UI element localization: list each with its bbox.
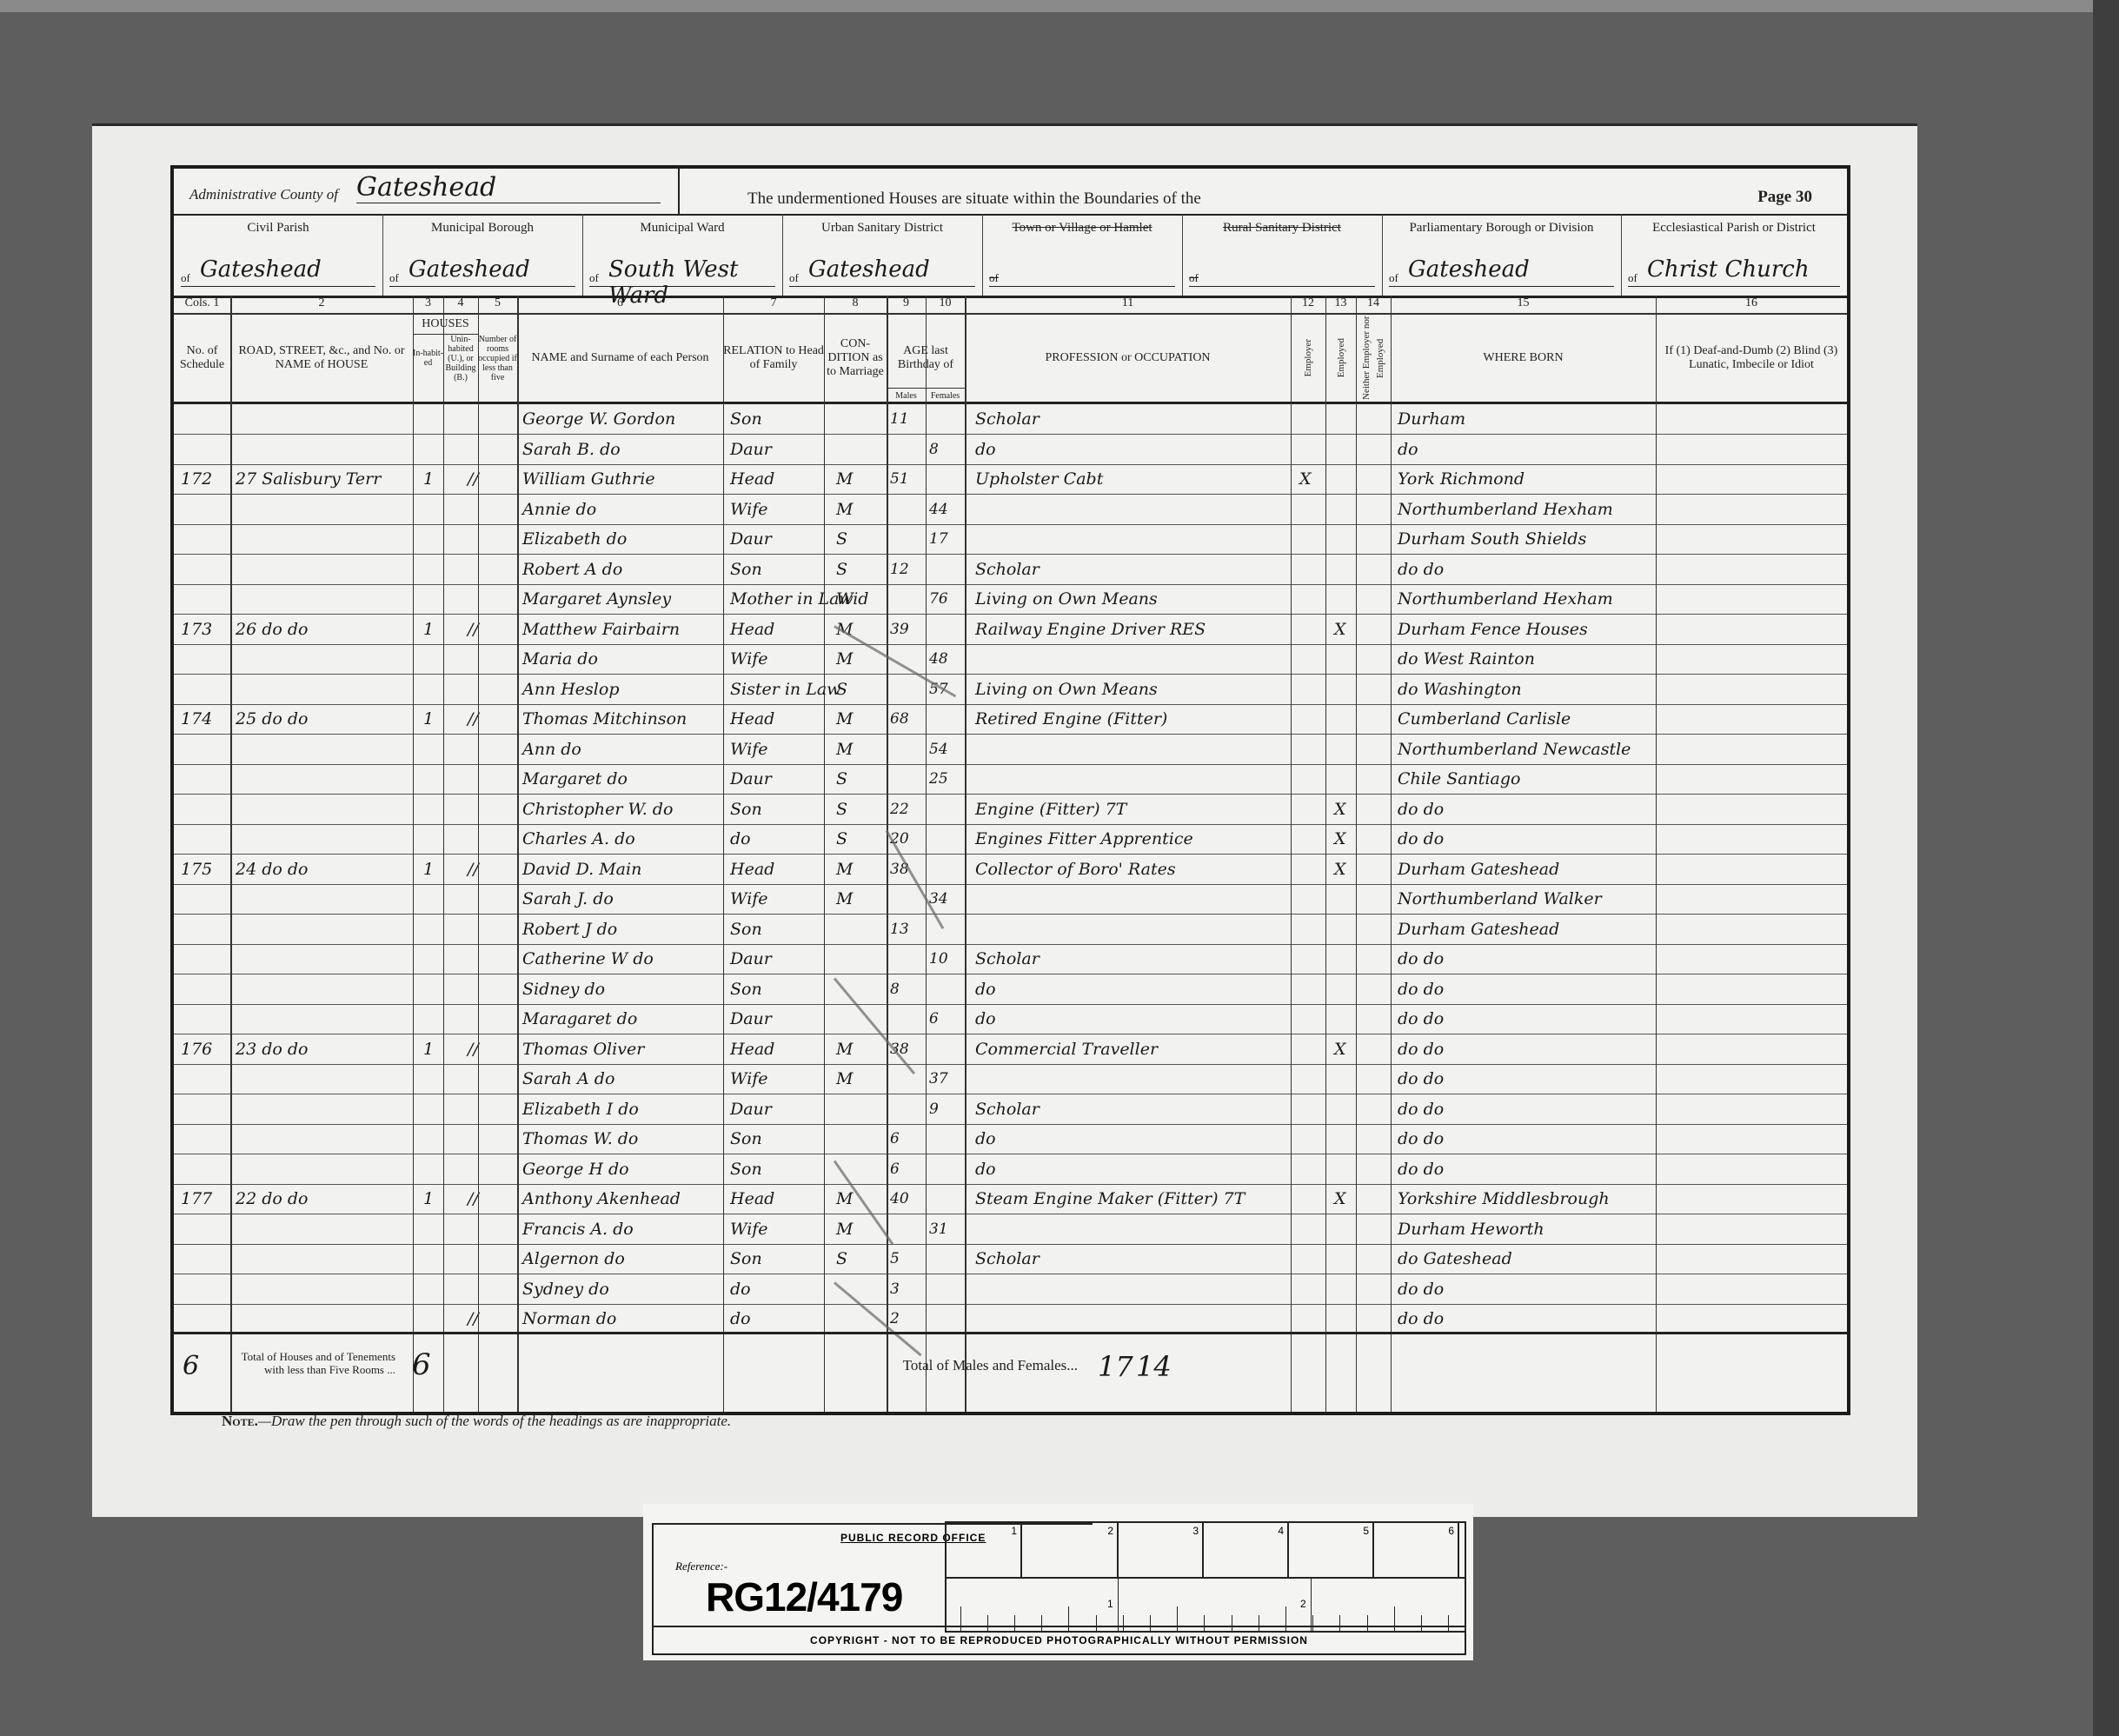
employed-header: Employed bbox=[1325, 315, 1356, 402]
male-age: 5 bbox=[890, 1244, 900, 1274]
area-label: Civil Parish bbox=[174, 221, 382, 236]
marital-condition: S bbox=[836, 764, 847, 794]
person-name: Ann do bbox=[522, 735, 581, 764]
birthplace: do Washington bbox=[1398, 675, 1522, 704]
birthplace: do do bbox=[1398, 1304, 1444, 1334]
female-age: 44 bbox=[929, 495, 948, 524]
occupation: Collector of Boro' Rates bbox=[975, 855, 1176, 884]
birthplace: Northumberland Hexham bbox=[1398, 584, 1613, 614]
birthplace: do do bbox=[1398, 1004, 1444, 1034]
houses-header: HOUSES bbox=[413, 315, 478, 335]
area-town-or-village-or-hamlet: Town or Village or Hamletof bbox=[982, 214, 1183, 296]
birthplace: do do bbox=[1398, 1034, 1444, 1064]
occupation: Scholar bbox=[975, 944, 1040, 974]
relation-to-head: Head bbox=[730, 615, 774, 644]
birthplace: Yorkshire Middlesbrough bbox=[1398, 1184, 1610, 1214]
inhabited-count: 1 bbox=[423, 704, 434, 734]
male-age: 3 bbox=[890, 1274, 900, 1304]
marital-condition: M bbox=[836, 704, 853, 734]
birthplace: do bbox=[1398, 435, 1418, 464]
area-value: Gateshead bbox=[789, 256, 975, 287]
ruler-inch-label: 1 bbox=[1107, 1598, 1113, 1610]
note-text: —Draw the pen through such of the words … bbox=[258, 1413, 731, 1429]
table-row: Francis A. doWifeM31Durham Heworth bbox=[174, 1214, 1847, 1245]
relation-to-head: do bbox=[730, 1304, 751, 1334]
birthplace: do Gateshead bbox=[1398, 1244, 1512, 1274]
table-row: Sydney dodo3do do bbox=[174, 1274, 1847, 1305]
employed-mark: X bbox=[1334, 855, 1346, 884]
ruler-cm-mark: 4 bbox=[1202, 1523, 1289, 1577]
marital-condition: M bbox=[836, 1214, 853, 1244]
birthplace: do West Rainton bbox=[1398, 644, 1535, 674]
female-age: 10 bbox=[929, 944, 948, 974]
column-rule bbox=[887, 296, 888, 1412]
person-name: Elizabeth I do bbox=[522, 1094, 639, 1124]
occupation: do bbox=[975, 1004, 996, 1034]
female-age: 8 bbox=[929, 435, 939, 464]
ruler-inch-label: 2 bbox=[1300, 1598, 1306, 1610]
occupation: Upholster Cabt bbox=[975, 464, 1103, 494]
occupation: Scholar bbox=[975, 1244, 1040, 1274]
marital-condition: M bbox=[836, 644, 853, 674]
column-number: 6 bbox=[517, 296, 723, 310]
males-total: 17 bbox=[1098, 1352, 1133, 1381]
occupation: Scholar bbox=[975, 404, 1040, 434]
table-row: //Norman dodo2do do bbox=[174, 1304, 1847, 1334]
male-age: 6 bbox=[890, 1154, 900, 1184]
note-prefix: Note. bbox=[222, 1413, 258, 1429]
column-header-row: No. of ScheduleROAD, STREET, &c., and No… bbox=[174, 315, 1847, 404]
area-label: Municipal Borough bbox=[382, 221, 582, 236]
birthplace: do do bbox=[1398, 555, 1444, 584]
birthplace: Durham Gateshead bbox=[1398, 915, 1559, 944]
column-number: 11 bbox=[965, 296, 1291, 310]
relation-to-head: do bbox=[730, 824, 751, 854]
person-name: Maragaret do bbox=[522, 1004, 637, 1034]
area-civil-parish: Civil ParishofGateshead bbox=[174, 214, 383, 296]
occupation-header: PROFESSION or OCCUPATION bbox=[965, 315, 1291, 402]
page-number: Page 30 bbox=[1757, 188, 1812, 207]
person-name: Sarah J. do bbox=[522, 884, 614, 914]
table-row: Ann doWifeM54Northumberland Newcastle bbox=[174, 735, 1847, 765]
marital-condition: S bbox=[836, 824, 847, 854]
person-name: George H do bbox=[522, 1154, 629, 1184]
reference-number: RG12/4179 bbox=[706, 1573, 902, 1620]
totals-row: 6 Total of Houses and of Tenements with … bbox=[174, 1332, 1847, 1414]
person-name: David D. Main bbox=[522, 855, 641, 884]
area-value bbox=[1189, 256, 1375, 287]
male-age: 6 bbox=[890, 1124, 900, 1154]
name-header: NAME and Surname of each Person bbox=[517, 315, 723, 402]
houses-total: 6 bbox=[412, 1350, 431, 1380]
person-name: Thomas W. do bbox=[522, 1124, 638, 1154]
employer-header: Employer bbox=[1291, 315, 1325, 402]
schedule-number: 174 bbox=[181, 704, 212, 734]
schedule-total: 6 bbox=[183, 1352, 199, 1381]
column-rule bbox=[1356, 296, 1357, 1412]
table-row: Elizabeth doDaurS17Durham South Shields bbox=[174, 524, 1847, 555]
area-boundaries-row: Civil ParishofGatesheadMunicipal Borough… bbox=[174, 214, 1847, 298]
person-name: Anthony Akenhead bbox=[522, 1184, 681, 1214]
marital-condition: M bbox=[836, 495, 853, 524]
birthplace: do do bbox=[1398, 1094, 1444, 1124]
male-age: 38 bbox=[890, 855, 909, 884]
marital-condition: M bbox=[836, 1184, 853, 1214]
inhabited-count: 1 bbox=[423, 464, 434, 494]
household-separator: // bbox=[468, 1034, 479, 1064]
birthplace: Durham South Shields bbox=[1398, 524, 1586, 554]
relation-to-head: Daur bbox=[730, 764, 772, 794]
table-row: 17425 do do1//Thomas MitchinsonHeadM68Re… bbox=[174, 704, 1847, 735]
person-name: Maria do bbox=[522, 644, 598, 674]
area-value: Gateshead bbox=[389, 256, 575, 287]
birthplace: Northumberland Walker bbox=[1398, 884, 1602, 914]
area-ecclesiastical-parish-or-district: Ecclesiastical Parish or DistrictofChris… bbox=[1621, 214, 1847, 296]
person-name: Sydney do bbox=[522, 1274, 609, 1304]
occupation: Engine (Fitter) 7T bbox=[975, 795, 1126, 824]
relation-to-head: Son bbox=[730, 915, 762, 944]
table-row: 17326 do do1//Matthew FairbairnHeadM39Ra… bbox=[174, 615, 1847, 645]
inhabited-count: 1 bbox=[423, 1184, 434, 1214]
inhabited-count: 1 bbox=[423, 1034, 434, 1064]
occupation: Retired Engine (Fitter) bbox=[975, 704, 1167, 734]
marital-condition: M bbox=[836, 464, 853, 494]
ruler-cm-mark: 1 bbox=[947, 1523, 1022, 1577]
column-number: 7 bbox=[723, 296, 824, 310]
person-name: Christopher W. do bbox=[522, 795, 673, 824]
ruler-cm-mark: 3 bbox=[1117, 1523, 1204, 1577]
table-row: Robert J doSon13Durham Gateshead bbox=[174, 915, 1847, 945]
female-age: 31 bbox=[929, 1214, 948, 1244]
person-name: Margaret Aynsley bbox=[522, 584, 671, 614]
table-row: Annie doWifeM44Northumberland Hexham bbox=[174, 495, 1847, 525]
reference-label: Reference:- bbox=[675, 1560, 727, 1573]
column-rule bbox=[1291, 296, 1292, 1412]
column-rule bbox=[478, 296, 479, 1412]
person-name: Thomas Mitchinson bbox=[522, 704, 687, 734]
male-age: 40 bbox=[890, 1184, 909, 1214]
table-row: Sarah J. doWifeM34Northumberland Walker bbox=[174, 884, 1847, 915]
person-name: Algernon do bbox=[522, 1244, 625, 1274]
column-rule bbox=[1391, 296, 1392, 1412]
table-row: Maria doWifeM48do West Rainton bbox=[174, 644, 1847, 675]
column-rule bbox=[517, 296, 519, 1412]
marital-condition: S bbox=[836, 524, 847, 554]
birthplace: Durham bbox=[1398, 404, 1465, 434]
marital-condition: S bbox=[836, 675, 847, 704]
female-age: 48 bbox=[929, 644, 948, 674]
table-row: George H doSon6dodo do bbox=[174, 1154, 1847, 1185]
column-rule bbox=[1325, 296, 1326, 1412]
person-name: Charles A. do bbox=[522, 824, 635, 854]
birthplace: Northumberland Newcastle bbox=[1398, 735, 1631, 764]
household-separator: // bbox=[468, 464, 479, 494]
occupation: do bbox=[975, 974, 996, 1004]
females-subheader: Females bbox=[926, 388, 965, 402]
person-name: Sarah A do bbox=[522, 1064, 614, 1094]
birthplace: Northumberland Hexham bbox=[1398, 495, 1613, 524]
male-age: 51 bbox=[890, 464, 909, 494]
employed-mark: X bbox=[1334, 824, 1346, 854]
column-rule bbox=[926, 296, 927, 1412]
column-rule bbox=[413, 296, 414, 1412]
birthplace: Chile Santiago bbox=[1398, 764, 1520, 794]
marital-condition: M bbox=[836, 1034, 853, 1064]
scan-right-edge bbox=[2093, 0, 2119, 1736]
area-value: Christ Church bbox=[1628, 256, 1840, 287]
area-value: Gateshead bbox=[1389, 256, 1614, 287]
road-address: 25 do do bbox=[236, 704, 308, 734]
person-name: Ann Heslop bbox=[522, 675, 619, 704]
area-value: Gateshead bbox=[181, 256, 375, 287]
infirmity-header: If (1) Deaf-and-Dumb (2) Blind (3) Lunat… bbox=[1656, 315, 1847, 402]
birthplace: do do bbox=[1398, 795, 1444, 824]
table-row: Sarah B. doDaur8dodo bbox=[174, 435, 1847, 465]
ruler-cm-mark: 6 bbox=[1372, 1523, 1459, 1577]
reference-slip: PUBLIC RECORD OFFICE Reference:- RG12/41… bbox=[643, 1504, 1473, 1660]
occupation: Living on Own Means bbox=[975, 584, 1158, 614]
relation-to-head: Son bbox=[730, 1124, 762, 1154]
table-row: 17524 do do1//David D. MainHeadM38Collec… bbox=[174, 855, 1847, 885]
person-name: George W. Gordon bbox=[522, 404, 675, 434]
female-age: 9 bbox=[929, 1094, 939, 1124]
area-label: Urban Sanitary District bbox=[782, 221, 982, 236]
person-name: Francis A. do bbox=[522, 1214, 634, 1244]
household-separator: // bbox=[468, 855, 479, 884]
relation-to-head: Son bbox=[730, 1244, 762, 1274]
scan-top-edge bbox=[0, 0, 2119, 12]
column-rule bbox=[824, 296, 825, 1412]
area-label: Parliamentary Borough or Division bbox=[1382, 221, 1621, 236]
relation-to-head: Head bbox=[730, 855, 774, 884]
occupation: do bbox=[975, 1124, 996, 1154]
relation-header: RELATION to Head of Family bbox=[723, 315, 824, 402]
column-rule bbox=[965, 296, 967, 1412]
birthplace: do do bbox=[1398, 1154, 1444, 1184]
table-row: Algernon doSonS5Scholardo Gateshead bbox=[174, 1244, 1847, 1274]
birthplace: do do bbox=[1398, 974, 1444, 1004]
marital-condition: Wid bbox=[836, 584, 868, 614]
column-number: 3 bbox=[413, 296, 443, 310]
occupation: Engines Fitter Apprentice bbox=[975, 824, 1193, 854]
area-rural-sanitary-district: Rural Sanitary Districtof bbox=[1182, 214, 1383, 296]
marital-condition: M bbox=[836, 735, 853, 764]
form-header-top: Administrative County of Gateshead The u… bbox=[174, 169, 1847, 216]
household-separator: // bbox=[468, 1184, 479, 1214]
table-row: 17722 do do1//Anthony AkenheadHeadM40Ste… bbox=[174, 1184, 1847, 1214]
relation-to-head: Mother in Law bbox=[730, 584, 854, 614]
household-separator: // bbox=[468, 704, 479, 734]
road-address: 23 do do bbox=[236, 1034, 308, 1064]
condition-header: CON-DITION as to Marriage bbox=[824, 315, 887, 402]
relation-to-head: Head bbox=[730, 1184, 774, 1214]
inhabited-count: 1 bbox=[423, 855, 434, 884]
relation-to-head: Head bbox=[730, 464, 774, 494]
area-urban-sanitary-district: Urban Sanitary DistrictofGateshead bbox=[782, 214, 983, 296]
scale-ruler: 123456 12 bbox=[945, 1521, 1466, 1633]
relation-to-head: Daur bbox=[730, 1004, 772, 1034]
road-address: 24 do do bbox=[236, 855, 308, 884]
column-number: 13 bbox=[1325, 296, 1356, 310]
road-address: 27 Salisbury Terr bbox=[236, 464, 381, 494]
male-age: 39 bbox=[890, 615, 909, 644]
area-label: Ecclesiastical Parish or District bbox=[1621, 221, 1847, 236]
column-number-row: Cols. 12345678910111213141516 bbox=[174, 296, 1847, 315]
area-label: Municipal Ward bbox=[582, 221, 782, 236]
relation-to-head: do bbox=[730, 1274, 751, 1304]
administrative-county-label: Administrative County of bbox=[189, 186, 338, 203]
birthplace: do do bbox=[1398, 1124, 1444, 1154]
males-females-total-label: Total of Males and Females... bbox=[695, 1359, 1078, 1372]
ruler-inch-mark bbox=[1118, 1577, 1119, 1631]
column-number: 8 bbox=[824, 296, 887, 310]
area-label: Rural Sanitary District bbox=[1182, 221, 1382, 236]
table-row: 17623 do do1//Thomas OliverHeadM38Commer… bbox=[174, 1034, 1847, 1065]
males-subheader: Males bbox=[887, 388, 926, 402]
female-age: 76 bbox=[929, 584, 948, 614]
schedule-number: 173 bbox=[181, 615, 212, 644]
marital-condition: M bbox=[836, 884, 853, 914]
birthplace: Durham Heworth bbox=[1398, 1214, 1544, 1244]
marital-condition: S bbox=[836, 795, 847, 824]
column-rule bbox=[230, 296, 232, 1412]
column-number: 14 bbox=[1356, 296, 1391, 310]
relation-to-head: Son bbox=[730, 404, 762, 434]
occupation: Scholar bbox=[975, 1094, 1040, 1124]
person-name: Sarah B. do bbox=[522, 435, 621, 464]
ruler-inch-mark bbox=[1311, 1577, 1312, 1631]
table-row: Ann HeslopSister in LawS57Living on Own … bbox=[174, 675, 1847, 705]
male-age: 8 bbox=[890, 974, 900, 1004]
table-row: Charles A. dodoS20Engines Fitter Apprent… bbox=[174, 824, 1847, 855]
table-row: George W. GordonSon11ScholarDurham bbox=[174, 404, 1847, 435]
relation-to-head: Wife bbox=[730, 495, 768, 524]
neither-header: Neither Employer nor Employed bbox=[1356, 315, 1391, 402]
schedule-number: 177 bbox=[181, 1184, 212, 1214]
ruler-cm-mark: 5 bbox=[1287, 1523, 1374, 1577]
occupation: Steam Engine Maker (Fitter) 7T bbox=[975, 1184, 1245, 1214]
marital-condition: M bbox=[836, 1064, 853, 1094]
household-separator: // bbox=[468, 1304, 479, 1334]
female-age: 25 bbox=[929, 764, 948, 794]
person-name: Robert J do bbox=[522, 915, 617, 944]
occupation: Railway Engine Driver RES bbox=[975, 615, 1206, 644]
schedule-number: 176 bbox=[181, 1034, 212, 1064]
occupation: do bbox=[975, 435, 996, 464]
column-rule bbox=[1656, 296, 1657, 1412]
person-name: Margaret do bbox=[522, 764, 628, 794]
female-age: 54 bbox=[929, 735, 948, 764]
birthplace: do do bbox=[1398, 944, 1444, 974]
table-row: Christopher W. doSonS22Engine (Fitter) 7… bbox=[174, 795, 1847, 825]
female-age: 6 bbox=[929, 1004, 939, 1034]
relation-to-head: Wife bbox=[730, 644, 768, 674]
person-name: Sidney do bbox=[522, 974, 605, 1004]
table-row: Sarah A doWifeM37do do bbox=[174, 1064, 1847, 1094]
male-age: 11 bbox=[890, 404, 909, 434]
relation-to-head: Daur bbox=[730, 944, 772, 974]
inhabited-count: 1 bbox=[423, 615, 434, 644]
occupation: Commercial Traveller bbox=[975, 1034, 1158, 1064]
female-age: 37 bbox=[929, 1064, 948, 1094]
birthplace: York Richmond bbox=[1398, 464, 1524, 494]
area-parliamentary-borough-or-division: Parliamentary Borough or DivisionofGates… bbox=[1382, 214, 1622, 296]
ruler-cm-scale: 123456 bbox=[947, 1523, 1465, 1579]
birthplace: do do bbox=[1398, 1064, 1444, 1094]
table-row: Margaret AynsleyMother in LawWid76Living… bbox=[174, 584, 1847, 615]
column-number: 10 bbox=[926, 296, 965, 310]
relation-to-head: Wife bbox=[730, 1214, 768, 1244]
table-row: Robert A doSonS12Scholardo do bbox=[174, 555, 1847, 585]
marital-condition: M bbox=[836, 855, 853, 884]
occupation: Living on Own Means bbox=[975, 675, 1158, 704]
relation-to-head: Son bbox=[730, 555, 762, 584]
marital-condition: S bbox=[836, 1244, 847, 1274]
birthplace: Cumberland Carlisle bbox=[1398, 704, 1571, 734]
road-header: ROAD, STREET, &c., and No. or NAME of HO… bbox=[230, 315, 413, 402]
relation-to-head: Daur bbox=[730, 435, 772, 464]
table-row: Maragaret doDaur6dodo do bbox=[174, 1004, 1847, 1034]
relation-to-head: Head bbox=[730, 1034, 774, 1064]
marital-condition: S bbox=[836, 555, 847, 584]
column-number: 5 bbox=[478, 296, 517, 310]
schedule-header: No. of Schedule bbox=[174, 315, 230, 402]
relation-to-head: Head bbox=[730, 704, 774, 734]
relation-to-head: Son bbox=[730, 795, 762, 824]
area-label: Town or Village or Hamlet bbox=[982, 221, 1182, 236]
table-row: Elizabeth I doDaur9Scholardo do bbox=[174, 1094, 1847, 1125]
household-separator: // bbox=[468, 615, 479, 644]
employed-mark: X bbox=[1334, 1034, 1346, 1064]
column-number: 4 bbox=[443, 296, 478, 310]
table-row: Catherine W doDaur10Scholardo do bbox=[174, 944, 1847, 974]
table-row: Thomas W. doSon6dodo do bbox=[174, 1124, 1847, 1154]
column-rule bbox=[723, 296, 724, 1412]
relation-to-head: Son bbox=[730, 1154, 762, 1184]
person-name: Thomas Oliver bbox=[522, 1034, 644, 1064]
birthplace: do do bbox=[1398, 824, 1444, 854]
employer-mark: X bbox=[1299, 464, 1312, 494]
relation-to-head: Daur bbox=[730, 524, 772, 554]
employed-mark: X bbox=[1334, 795, 1346, 824]
table-row: Margaret doDaurS25Chile Santiago bbox=[174, 764, 1847, 795]
occupation: Scholar bbox=[975, 555, 1040, 584]
column-rule bbox=[443, 296, 444, 1412]
person-name: Catherine W do bbox=[522, 944, 654, 974]
occupation: do bbox=[975, 1154, 996, 1184]
area-municipal-ward: Municipal WardofSouth West Ward bbox=[582, 214, 783, 296]
road-address: 26 do do bbox=[236, 615, 308, 644]
road-address: 22 do do bbox=[236, 1184, 308, 1214]
column-number: 15 bbox=[1391, 296, 1656, 310]
form-note: Note.—Draw the pen through such of the w… bbox=[222, 1413, 731, 1430]
person-name: William Guthrie bbox=[522, 464, 655, 494]
male-age: 12 bbox=[890, 555, 909, 584]
relation-to-head: Wife bbox=[730, 1064, 768, 1094]
birthplace: do do bbox=[1398, 1274, 1444, 1304]
schedule-number: 172 bbox=[181, 464, 212, 494]
relation-to-head: Wife bbox=[730, 884, 768, 914]
area-value: South West Ward bbox=[589, 256, 775, 287]
table-row: 17227 Salisbury Terr1//William GuthrieHe… bbox=[174, 464, 1847, 495]
column-number: 12 bbox=[1291, 296, 1325, 310]
male-age: 13 bbox=[890, 915, 909, 944]
copyright-notice: COPYRIGHT - NOT TO BE REPRODUCED PHOTOGR… bbox=[652, 1626, 1466, 1655]
ruler-cm-mark: 2 bbox=[1032, 1523, 1119, 1577]
relation-to-head: Daur bbox=[730, 1094, 772, 1124]
person-name: Robert A do bbox=[522, 555, 622, 584]
area-municipal-borough: Municipal BoroughofGateshead bbox=[382, 214, 583, 296]
